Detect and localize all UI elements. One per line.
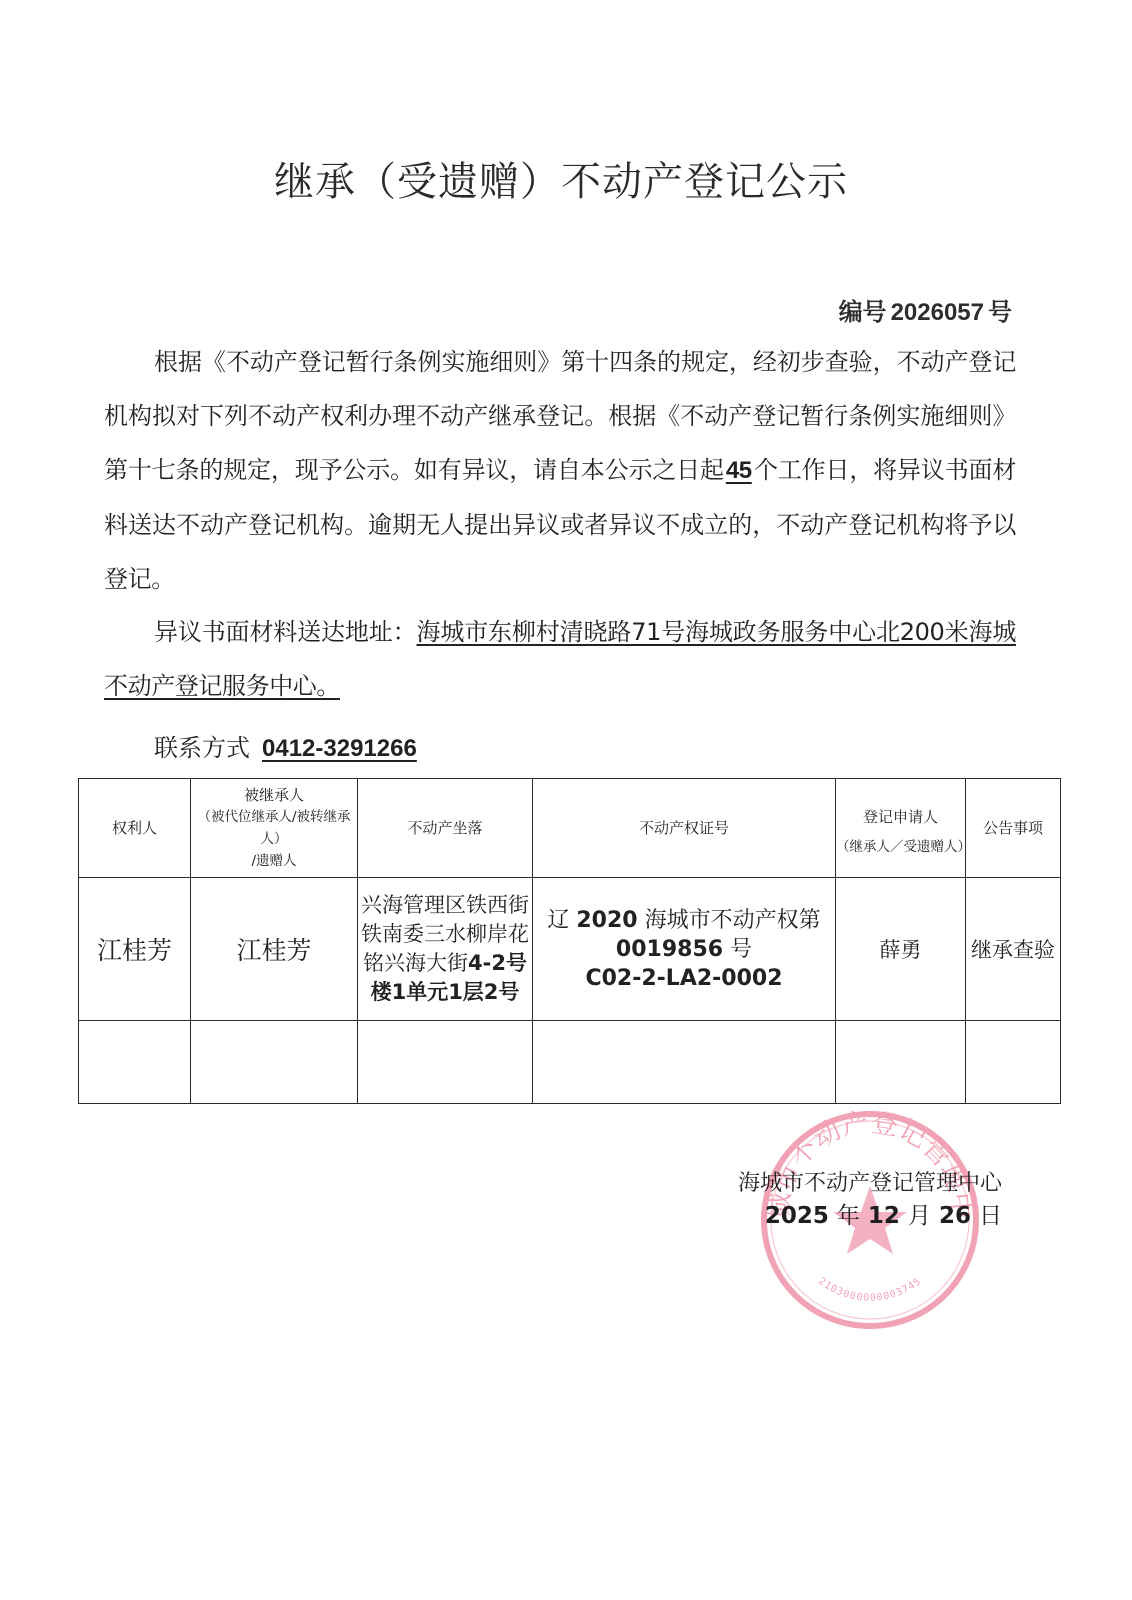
page-title: 继承（受遗赠）不动产登记公示 [0,150,1122,207]
header-matter: 公告事项 [966,779,1061,878]
cert-prefix: 辽 [547,908,569,933]
cert-serial: 0019856 [616,937,723,962]
registration-table: 权利人 被继承人 （被代位继承人/被转继承人） /遗赠人 不动产坐落 不动产权证… [78,778,1061,1104]
issue-day-unit: 日 [979,1203,1002,1229]
document-number-prefix: 编号 [839,298,887,326]
issue-date: 2025 年 12 月 26 日 [738,1200,1002,1232]
notice-paragraph: 根据《不动产登记暂行条例实施细则》第十四条的规定，经初步查验，不动产登记机构拟对… [104,335,1016,606]
cert-mid: 海城市不动产权第 [645,908,821,933]
cell-applicant-empty [836,1021,966,1104]
cell-applicant: 薛勇 [836,878,966,1021]
cell-cert-no-empty [533,1021,836,1104]
cert-unit: C02-2-LA2-0002 [533,964,835,993]
header-decedent: 被继承人 （被代位继承人/被转继承人） /遗赠人 [191,779,358,878]
cell-decedent: 江桂芳 [191,878,358,1021]
issuer-name: 海城市不动产登记管理中心 [738,1168,1002,1200]
document-number: 编号2026057号 [839,292,1012,327]
cell-matter: 继承查验 [966,878,1061,1021]
header-right-holder: 权利人 [79,779,191,878]
issue-month: 12 [868,1203,900,1229]
issuer-block: 海城市不动产登记管理中心 2025 年 12 月 26 日 [738,1168,1002,1232]
contact-line: 联系方式0412-3291266 [154,728,417,763]
objection-days: 45 [724,457,754,484]
cert-line2: 0019856 号 [533,935,835,964]
cell-right-holder: 江桂芳 [79,878,191,1021]
cell-right-holder-empty [79,1021,191,1104]
svg-text:2103000000003745: 2103000000003745 [816,1276,924,1304]
cert-line1: 辽 2020 海城市不动产权第 [533,906,835,935]
issue-year: 2025 [765,1203,829,1229]
header-decedent-line1: 被继承人 [191,784,357,806]
cell-cert-no: 辽 2020 海城市不动产权第 0019856 号 C02-2-LA2-0002 [533,878,836,1021]
cell-decedent-empty [191,1021,358,1104]
document-number-value: 2026057 [891,299,984,326]
issue-month-unit: 月 [908,1203,931,1229]
document-number-suffix: 号 [988,298,1012,326]
issue-day: 26 [939,1203,971,1229]
cell-matter-empty [966,1021,1061,1104]
header-decedent-line2: （被代位继承人/被转继承人） [191,806,357,850]
issue-year-unit: 年 [837,1203,860,1229]
cert-year: 2020 [576,908,637,933]
header-location: 不动产坐落 [358,779,533,878]
header-cert-no: 不动产权证号 [533,779,836,878]
contact-phone: 0412-3291266 [262,735,417,762]
contact-label: 联系方式 [154,734,250,762]
header-applicant-line1: 登记申请人 [836,798,965,836]
address-paragraph: 异议书面材料送达地址：海城市东柳村清晓路71号海城政务服务中心北200米海城不动… [104,605,1016,713]
cell-location: 兴海管理区铁西街铁南委三水柳岸花铭兴海大街4-2号楼1单元1层2号 [358,878,533,1021]
header-decedent-line3: /遗赠人 [191,850,357,872]
table-row: 江桂芳 江桂芳 兴海管理区铁西街铁南委三水柳岸花铭兴海大街4-2号楼1单元1层2… [79,878,1061,1021]
address-label: 异议书面材料送达地址： [154,618,416,646]
header-applicant: 登记申请人 （继承人／受遗赠人） [836,779,966,878]
header-applicant-line2: （继承人／受遗赠人） [836,836,965,858]
table-header-row: 权利人 被继承人 （被代位继承人/被转继承人） /遗赠人 不动产坐落 不动产权证… [79,779,1061,878]
table-row-empty [79,1021,1061,1104]
cert-suffix: 号 [730,937,752,962]
cell-location-empty [358,1021,533,1104]
